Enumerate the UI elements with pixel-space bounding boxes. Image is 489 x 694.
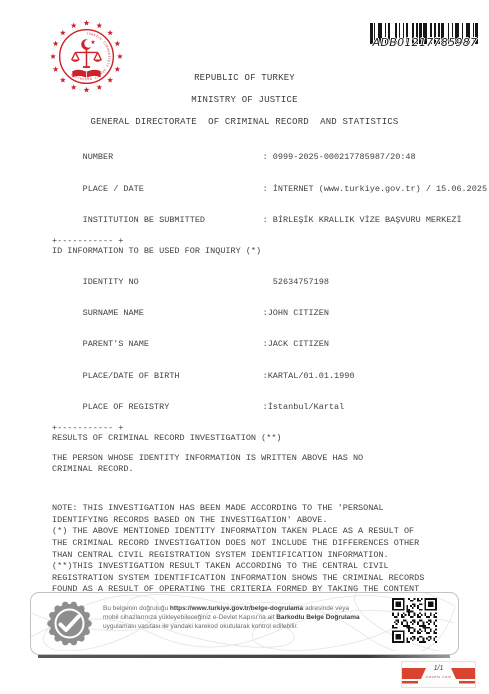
field-label: INSTITUTION BE SUBMITTED: [83, 215, 263, 225]
id-row-surname: SURNAME NAME:JOHN CITIZEN: [52, 298, 462, 329]
field-label: NUMBER: [83, 152, 263, 162]
id-row-parent: PARENT'S NAME:JACK CITIZEN: [52, 329, 462, 360]
heading-directorate: GENERAL DIRECTORATE OF CRIMINAL RECORD A…: [0, 117, 489, 127]
verification-instructions: Bu belgenin doğruluğu https://www.turkiy…: [103, 604, 403, 631]
id-row-identity-no: IDENTITY NO 52634757198: [52, 266, 462, 297]
meta-row-number: NUMBER: 0999-2025-000217785987/20:48: [52, 142, 462, 173]
stamp-small-text: travels com: [402, 674, 475, 679]
verification-qr-code: [392, 598, 437, 643]
document-barcode: ADB01217785987: [370, 23, 480, 53]
field-value: : BİRLEŞİK KRALLIK VİZE BAŞVURU MERKEZİ: [263, 215, 462, 225]
criminal-record-document: TÜRKİYE CUMHURİYETİ ADALET BAKANLIĞI: [0, 0, 489, 694]
page-indicator: 1/1: [402, 665, 475, 672]
meta-row-institution: INSTITUTION BE SUBMITTED: BİRLEŞİK KRALL…: [52, 204, 462, 235]
result-statement: THE PERSON WHOSE IDENTITY INFORMATION IS…: [52, 453, 462, 474]
section-separator: +----------- +: [52, 423, 462, 433]
verify-line-2: mobil cihazlarınıza yükleyebileceğiniz e…: [103, 613, 403, 622]
document-body: NUMBER: 0999-2025-000217785987/20:48 PLA…: [52, 142, 462, 654]
verify-text-part: adresinde veya: [303, 605, 349, 612]
page-stamp: 1/1 travels com: [401, 661, 476, 688]
verification-url: https://www.turkiye.gov.tr/belge-dogrula…: [170, 605, 303, 612]
section-separator: +----------- +: [52, 236, 462, 246]
barcode-number: ADB01217785987: [370, 36, 480, 49]
field-value: :JACK CITIZEN: [263, 339, 329, 349]
stamp-small-text-right: com: [442, 674, 451, 679]
field-value: :İstanbul/Kartal: [263, 402, 345, 412]
heading-ministry: MINISTRY OF JUSTICE: [0, 95, 489, 105]
verify-text-part: mobil cihazlarınıza yükleyebileceğiniz e…: [103, 614, 276, 621]
meta-row-place-date: PLACE / DATE: İNTERNET (www.turkiye.gov.…: [52, 173, 462, 204]
ministry-of-justice-emblem-icon: TÜRKİYE CUMHURİYETİ ADALET BAKANLIĞI: [47, 17, 126, 96]
field-value: : 0999-2025-000217785987/20:48: [263, 152, 416, 162]
id-section-title: ID INFORMATION TO BE USED FOR INQUIRY (*…: [52, 246, 462, 256]
stamp-small-text-left: travels: [426, 674, 441, 679]
verification-app-name: Barkodlu Belge Doğrulama: [276, 614, 359, 621]
id-row-birth: PLACE/DATE OF BIRTH:KARTAL/01.01.1990: [52, 360, 462, 391]
field-label: PARENT'S NAME: [83, 339, 263, 349]
verify-line-1: Bu belgenin doğruluğu https://www.turkiy…: [103, 604, 403, 613]
field-label: PLACE/DATE OF BIRTH: [83, 371, 263, 381]
field-value: :JOHN CITIZEN: [263, 308, 329, 318]
heading-country: REPUBLIC OF TURKEY: [0, 73, 489, 83]
field-label: SURNAME NAME: [83, 308, 263, 318]
results-section-title: RESULTS OF CRIMINAL RECORD INVESTIGATION…: [52, 433, 462, 443]
verify-line-3: uygulaması vasıtası ile yandaki karekod …: [103, 622, 403, 631]
verified-check-badge-icon: [46, 600, 93, 647]
field-label: PLACE OF REGISTRY: [83, 402, 263, 412]
verify-text-part: Bu belgenin doğruluğu: [103, 605, 170, 612]
scales-icon: [72, 49, 101, 66]
bottom-divider: [38, 655, 450, 658]
field-value: 52634757198: [263, 277, 329, 287]
verification-footer: Bu belgenin doğruluğu https://www.turkiy…: [30, 592, 459, 655]
verify-text-part: uygulaması vasıtası ile yandaki karekod …: [103, 623, 298, 630]
id-row-registry: PLACE OF REGISTRY:İstanbul/Kartal: [52, 391, 462, 422]
field-value: :KARTAL/01.01.1990: [263, 371, 355, 381]
field-value: : İNTERNET (www.turkiye.gov.tr) / 15.06.…: [263, 184, 487, 194]
field-label: IDENTITY NO: [83, 277, 263, 287]
field-label: PLACE / DATE: [83, 184, 263, 194]
